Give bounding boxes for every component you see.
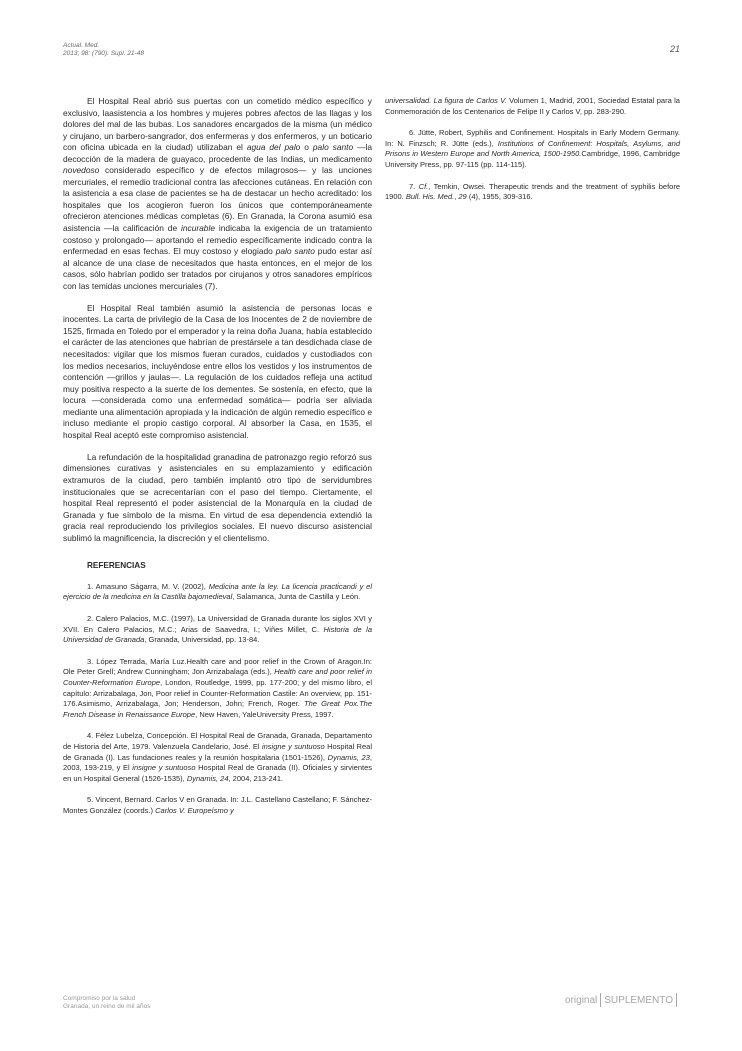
page-number: 21 — [670, 44, 680, 54]
reference-item: 3. López Terrada, María Luz.Health care … — [63, 657, 372, 721]
section-label: original SUPLEMENTO — [565, 993, 680, 1007]
reference-item: 5. Vincent, Bernard. Carlos V en Granada… — [63, 795, 372, 816]
divider — [676, 993, 677, 1007]
reference-item: 6. Jütte, Robert, Syphilis and Confineme… — [385, 128, 680, 170]
body-paragraph: La refundación de la hospitalidad granad… — [63, 452, 372, 544]
references-heading: REFERENCIAS — [87, 560, 372, 572]
reference-item: 4. Félez Lubelza, Concepción. El Hospita… — [63, 731, 372, 784]
footer-line-1: Compromiso por la salud — [63, 995, 150, 1003]
divider — [600, 993, 601, 1007]
left-column: El Hospital Real abrió sus puertas con u… — [63, 96, 372, 827]
body-paragraph: El Hospital Real también asumió la asist… — [63, 303, 372, 442]
section-type: original — [565, 995, 597, 1006]
reference-item: 7. Cf., Temkin, Owsei. Therapeutic trend… — [385, 182, 680, 203]
body-paragraph: El Hospital Real abrió sus puertas con u… — [63, 96, 372, 292]
body-text: El Hospital Real abrió sus puertas con u… — [63, 96, 372, 544]
right-column: universalidad. La figura de Carlos V. Vo… — [385, 96, 680, 214]
section-name: SUPLEMENTO — [604, 995, 673, 1006]
reference-item: 2. Calero Palacios, M.C. (1997), La Univ… — [63, 614, 372, 646]
references-list-right: universalidad. La figura de Carlos V. Vo… — [385, 96, 680, 203]
references-list-left: 1. Amasuno Ságarra, M. V. (2002), Medici… — [63, 582, 372, 817]
running-header: Actual. Med. 2013; 98: (790). Supl. 21-4… — [63, 42, 144, 57]
journal-name: Actual. Med. — [63, 42, 144, 50]
reference-item: 1. Amasuno Ságarra, M. V. (2002), Medici… — [63, 582, 372, 603]
reference-item: universalidad. La figura de Carlos V. Vo… — [385, 96, 680, 117]
journal-citation: 2013; 98: (790). Supl. 21-48 — [63, 50, 144, 58]
footer-tagline: Compromiso por la salud Granada, un rein… — [63, 995, 150, 1010]
footer-line-2: Granada, un reino de mil años — [63, 1003, 150, 1011]
